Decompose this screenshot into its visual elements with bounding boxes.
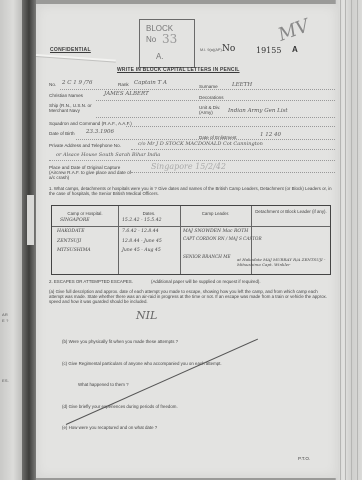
form-number: 19155 <box>256 46 281 55</box>
question-2e: (e) How were you recaptured and on what … <box>62 425 157 430</box>
form-number-suffix: A <box>292 45 298 54</box>
number-label: No <box>222 44 235 54</box>
column-header-camp: Camp or Hospital. <box>52 211 118 216</box>
stamp-line2: No <box>146 35 156 44</box>
question-2c-followup: What happened to them ? <box>78 382 129 387</box>
capture-label: Place and Date of Original Capture (Airc… <box>49 165 135 180</box>
unit-value: Indian Army Gen List <box>228 108 288 114</box>
question-2a: (a) Give full description and approx. da… <box>49 289 333 304</box>
stamp-line3: A. <box>156 52 164 61</box>
answer-2a: NIL <box>136 309 157 322</box>
row-3-dates: June 45 - Aug 45 <box>122 248 161 253</box>
column-header-block: Detachment or Block Leader (if any). <box>255 209 327 214</box>
row-2-leader: CAPT CORDON RN / MAJ S CASTOR <box>183 236 262 241</box>
classification-label: CONFIDENTIAL <box>50 47 91 53</box>
instruction-heading: WRITE IN BLOCK CAPITAL LETTERS IN PENCIL <box>117 67 240 73</box>
no-value: 2 C 1 9 /76 <box>62 80 93 86</box>
row-3-leader: SENIOR BRANCH ME <box>183 254 231 259</box>
column-header-leader: Camp Leader. <box>180 211 251 216</box>
section2-note: (Additional paper will be supplied on re… <box>151 279 261 284</box>
please-turn-over: P.T.O. <box>298 456 310 461</box>
address-line2: or Alsace House South Sarah Bihar India <box>56 152 160 158</box>
dob-value: 23.3.1906 <box>86 129 114 135</box>
unit-label: Unit & Div. (Army) <box>199 105 229 115</box>
binding-string <box>36 54 116 62</box>
row-2-camp: ZENTSUJI <box>57 239 81 244</box>
reference-label: M.I. 9(a)(AP) <box>200 48 222 52</box>
no-label: No. <box>49 82 56 87</box>
dob-label: Date of Birth <box>49 131 75 136</box>
underlying-sheet-left: AR E ? ES. <box>0 0 23 480</box>
row-3-block: at Hakodate MAJ MURRAY R/A ZENTSUJI - Mi… <box>237 257 327 267</box>
row-3-camp: MITSUSHIMA <box>57 248 91 253</box>
camps-table: Camp or Hospital. Dates. Camp Leader. De… <box>51 205 331 275</box>
underlying-sheets-right <box>335 0 362 480</box>
block-stamp: BLOCK No 33 A. <box>139 19 195 68</box>
handwritten-initials: MV <box>275 15 312 45</box>
folder-tab <box>27 195 34 245</box>
stamp-number: 33 <box>162 32 177 46</box>
ship-label: Ship (R.N., U.S.N. or Merchant Navy <box>49 103 109 113</box>
address-line1: c/o Mr J D STOCK MACDONALD Cot Canningto… <box>138 141 263 147</box>
christian-names-value: JAMES ALBERT <box>104 91 149 97</box>
underlying-text: E ? <box>2 318 9 323</box>
rank-label: Rank <box>118 82 129 87</box>
section1-question: 1. What camps, detachments or hospitals … <box>49 186 333 196</box>
rank-value: Captain T A <box>134 80 167 86</box>
row-1-leader: MAJ SNOWDEN Mac ROTH <box>183 229 248 234</box>
squadron-label: Squadron and Command (R.A.F., A.A.F.) <box>49 121 132 126</box>
question-2d: (d) Give briefly your experiences during… <box>62 404 178 409</box>
question-2b: (b) Were you physically fit when you mad… <box>62 339 178 344</box>
surname-value: LEETH <box>232 82 252 88</box>
column-header-dates: Dates. <box>118 211 180 216</box>
address-label: Private Address and Telephone No. <box>49 143 121 148</box>
section2-title: 2. ESCAPES OR ATTEMPTED ESCAPES. <box>49 279 133 284</box>
underlying-text: AR <box>2 312 8 317</box>
row-1-dates: 7.6.42 - 12.8.44 <box>122 229 159 234</box>
enlistment-value: 1 12 40 <box>260 132 281 138</box>
row-2-dates: 12.8.44 - June 45 <box>122 239 162 244</box>
row-0-dates: 15.2.42 - 15.5.42 <box>122 218 162 223</box>
row-0-camp: SINGAPORE <box>60 218 90 223</box>
christian-names-label: Christian Names <box>49 93 83 98</box>
capture-value: Singapore 15/2/42 <box>151 162 226 171</box>
underlying-text: ES. <box>2 378 9 383</box>
row-1-camp: HAKODATE <box>57 229 85 234</box>
questionnaire-page: CONFIDENTIAL BLOCK No 33 A. MV M.I. 9(a)… <box>36 4 338 478</box>
